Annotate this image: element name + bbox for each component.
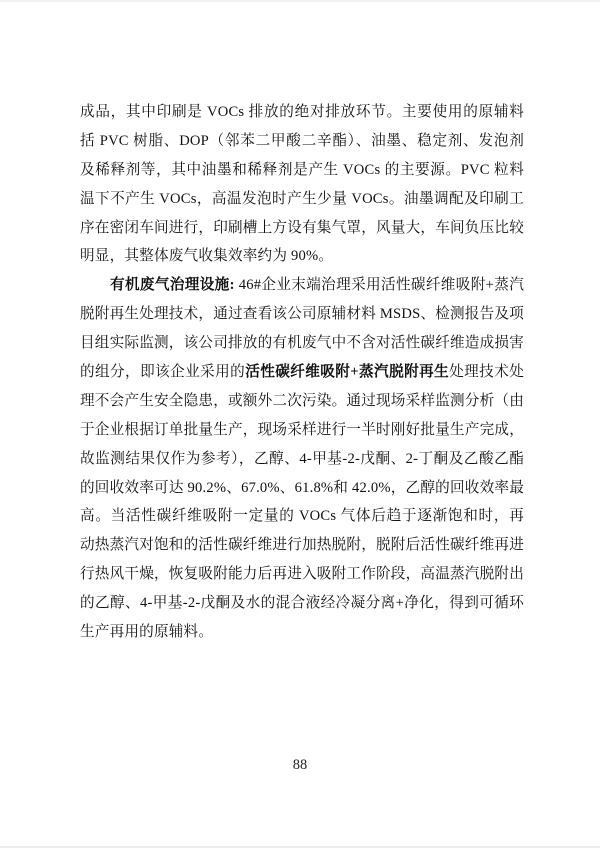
text-line: 高。当活性碳纤维吸附一定量的 VOCs 气体后趋于逐渐饱和时，再启 — [80, 502, 524, 531]
text-line: 目组实际监测，该公司排放的有机废气中不含对活性碳纤维造成损害 — [80, 329, 524, 358]
page-number: 88 — [0, 757, 600, 774]
text-segment: 序在密闭车间进行，印刷槽上方设有集气罩，风量大，车间负压比较 — [80, 220, 524, 236]
text-line: 温下不产生 VOCs，高温发泡时产生少量 VOCs。油墨调配及印刷工 — [80, 185, 524, 214]
text-segment: 的乙醇、4-甲基-2-戊酮及水的混合液经冷凝分离+净化，得到可循环 — [80, 595, 524, 611]
text-segment: 处理技术处 — [449, 364, 524, 380]
text-line: 动热蒸汽对饱和的活性碳纤维进行加热脱附，脱附后活性碳纤维再进 — [80, 531, 524, 560]
text-segment: 高。当活性碳纤维吸附一定量的 VOCs 气体后趋于逐渐饱和时，再启 — [80, 508, 524, 531]
text-segment: 成品，其中印刷是 VOCs 排放的绝对排放环节。主要使用的原辅料包 — [80, 104, 524, 127]
text-segment: 行热风干燥，恢复吸附能力后再进入吸附工作阶段，高温蒸汽脱附出 — [80, 566, 524, 582]
text-line: 脱附再生处理技术，通过查看该公司原辅材料 MSDS、检测报告及项 — [80, 300, 524, 329]
text-line: 于企业根据订单批量生产，现场采样进行一半时刚好批量生产完成， — [80, 416, 524, 445]
text-line: 行热风干燥，恢复吸附能力后再进入吸附工作阶段，高温蒸汽脱附出 — [80, 560, 524, 589]
text-segment: 脱附再生处理技术，通过查看该公司原辅材料 MSDS、检测报告及项 — [80, 306, 524, 322]
text-line: 生产再用的原辅料。 — [80, 618, 524, 647]
text-line: 及稀释剂等，其中油墨和稀释剂是产生 VOCs 的主要源。PVC 粒料常 — [80, 156, 524, 185]
text-line: 成品，其中印刷是 VOCs 排放的绝对排放环节。主要使用的原辅料包 — [80, 98, 524, 127]
text-segment: 括 PVC 树脂、DOP（邻苯二甲酸二辛酯）、油墨、稳定剂、发泡剂 — [80, 133, 524, 149]
text-line: 序在密闭车间进行，印刷槽上方设有集气罩，风量大，车间负压比较 — [80, 214, 524, 243]
text-line: 故监测结果仅作为参考），乙醇、4-甲基-2-戊酮、2-丁酮及乙酸乙酯 — [80, 445, 524, 474]
text-segment: 及稀释剂等，其中油墨和稀释剂是产生 VOCs 的主要源。PVC 粒料常 — [80, 162, 524, 185]
text-line: 有机废气治理设施: 46#企业末端治理采用活性碳纤维吸附+蒸汽 — [80, 271, 524, 300]
text-segment: 故监测结果仅作为参考），乙醇、4-甲基-2-戊酮、2-丁酮及乙酸乙酯 — [80, 451, 524, 467]
text-segment: 的组分，即该企业采用的 — [80, 364, 245, 380]
text-segment: 动热蒸汽对饱和的活性碳纤维进行加热脱附，脱附后活性碳纤维再进 — [80, 537, 524, 553]
text-segment: 于企业根据订单批量生产，现场采样进行一半时刚好批量生产完成， — [80, 422, 524, 438]
text-line: 的组分，即该企业采用的活性碳纤维吸附+蒸汽脱附再生处理技术处 — [80, 358, 524, 387]
text-segment: 明显，其整体废气收集效率约为 90%。 — [80, 248, 333, 264]
text-line: 理不会产生安全隐患，或额外二次污染。通过现场采样监测分析（由 — [80, 387, 524, 416]
text-segment: 理不会产生安全隐患，或额外二次污染。通过现场采样监测分析（由 — [80, 393, 524, 409]
text-line: 的乙醇、4-甲基-2-戊酮及水的混合液经冷凝分离+净化，得到可循环 — [80, 589, 524, 618]
bold-text-segment: 活性碳纤维吸附+蒸汽脱附再生 — [245, 364, 449, 380]
text-segment: 生产再用的原辅料。 — [80, 624, 213, 640]
text-line: 的回收效率可达 90.2%、67.0%、61.8%和 42.0%，乙醇的回收效率… — [80, 474, 524, 503]
text-segment: 温下不产生 VOCs，高温发泡时产生少量 VOCs。油墨调配及印刷工 — [80, 191, 524, 207]
document-body: 成品，其中印刷是 VOCs 排放的绝对排放环节。主要使用的原辅料包括 PVC 树… — [80, 98, 524, 647]
bold-text-segment: 有机废气治理设施: — [110, 277, 235, 293]
text-segment: 46#企业末端治理采用活性碳纤维吸附+蒸汽 — [235, 277, 524, 293]
document-page: 成品，其中印刷是 VOCs 排放的绝对排放环节。主要使用的原辅料包括 PVC 树… — [0, 0, 600, 848]
text-line: 括 PVC 树脂、DOP（邻苯二甲酸二辛酯）、油墨、稳定剂、发泡剂 — [80, 127, 524, 156]
text-segment: 目组实际监测，该公司排放的有机废气中不含对活性碳纤维造成损害 — [80, 335, 524, 351]
text-line: 明显，其整体废气收集效率约为 90%。 — [80, 242, 524, 271]
text-segment: 的回收效率可达 90.2%、67.0%、61.8%和 42.0%，乙醇的回收效率… — [80, 480, 524, 496]
